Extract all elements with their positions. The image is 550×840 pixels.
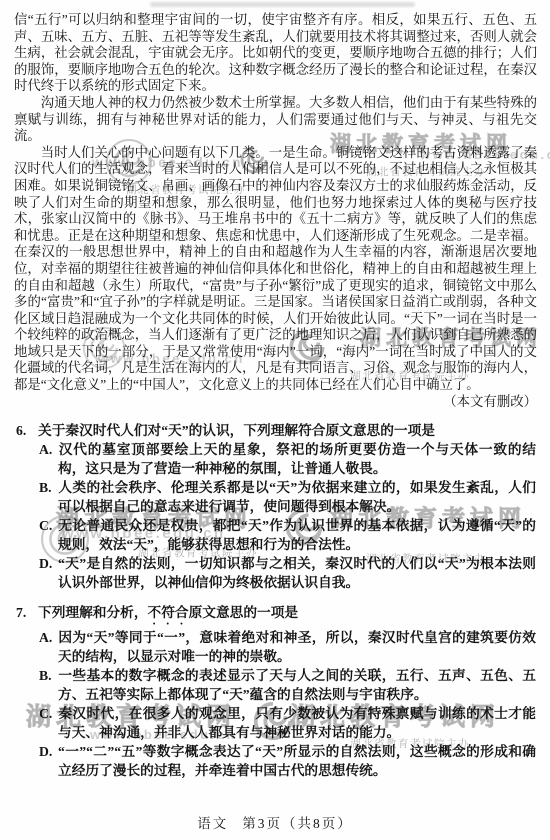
option-label: A. (39, 628, 58, 647)
option-text: 一些基本的数字概念的表述显示了天与人之间的关联，五行、五声、五色、五方、五祀等实… (58, 668, 536, 702)
question-7-option-a: A.因为“天”等同于“一”，意味着绝对和神圣，所以，秦汉时代皇宫的建筑要仿效天的… (39, 628, 536, 666)
question-7-option-d: D.“一”“二”“五”等数字概念表达了“天”所显示的自然法则，这些概念的形成和确… (39, 742, 536, 780)
question-7-stem-prefix: 下列理解和分析， (38, 605, 148, 620)
option-text: “天”是自然的法则，一切知识都与之相关，秦汉时代的人们以“天”为根本法则认识外部… (58, 556, 536, 590)
question-6: 6.关于秦汉时代人们对“天”的认识，下列理解符合原文意思的一项是 A.汉代的墓室… (16, 421, 536, 592)
option-label: C. (39, 516, 58, 535)
option-text: “一”“二”“五”等数字概念表达了“天”所显示的自然法则，这些概念的形成和确立经… (58, 744, 536, 778)
exam-page: 湖北教育考试网 www.hbee.edu.cn www.hbee.edu.cn … (0, 0, 550, 840)
option-label: C. (39, 704, 58, 723)
option-text: 秦汉时代，在很多人的观念里，只有少数被认为有特殊禀赋与训练的术士才能与天、神沟通… (58, 706, 536, 740)
question-7-number: 7. (16, 603, 38, 622)
question-7-option-b: B.一些基本的数字概念的表述显示了天与人之间的关联，五行、五声、五色、五方、五祀… (39, 666, 536, 704)
option-label: B. (39, 666, 58, 685)
question-7-stem-emphasis: 不符合 (148, 605, 189, 620)
question-6-option-a: A.汉代的墓室顶部要绘上天的星象，祭祀的场所更要仿造一个与天体一致的结构，这只是… (39, 440, 536, 478)
question-7-option-c: C.秦汉时代，在很多人的观念里，只有少数被认为有特殊禀赋与训练的术士才能与天、神… (39, 704, 536, 742)
question-6-option-d: D.“天”是自然的法则，一切知识都与之相关，秦汉时代的人们以“天”为根本法则认识… (39, 554, 536, 592)
option-text: 无论普通民众还是权贵，都把“天”作为认识世界的基本依据，认为遵循“天”的规则，效… (58, 518, 536, 552)
question-6-option-c: C.无论普通民众还是权贵，都把“天”作为认识世界的基本依据，认为遵循“天”的规则… (39, 516, 536, 554)
question-7: 7.下列理解和分析，不符合原文意思的一项是 A.因为“天”等同于“一”，意味着绝… (16, 603, 536, 780)
passage-paragraph-2: 沟通天地人神的权力仍然被少数术士所掌握。大多数人相信，他们由于有某些特殊的禀赋与… (14, 95, 537, 145)
option-text: 汉代的墓室顶部要绘上天的星象，祭祀的场所更要仿造一个与天体一致的结构，这只是为了… (58, 442, 536, 476)
question-6-stem: 6.关于秦汉时代人们对“天”的认识，下列理解符合原文意思的一项是 (16, 421, 536, 440)
option-label: A. (39, 440, 58, 459)
question-6-stem-text: 关于秦汉时代人们对“天”的认识，下列理解符合原文意思的一项是 (38, 423, 435, 438)
question-7-stem-suffix: 原文意思的一项是 (189, 605, 299, 620)
option-label: D. (39, 554, 58, 573)
option-text: 因为“天”等同于“一”，意味着绝对和神圣，所以，秦汉时代皇宫的建筑要仿效天的结构… (58, 630, 536, 664)
question-7-stem: 7.下列理解和分析，不符合原文意思的一项是 (16, 603, 536, 628)
option-label: B. (39, 478, 58, 497)
option-label: D. (39, 742, 58, 761)
page-footer: 语文第3页（共8页） (0, 812, 550, 832)
footer-page-number: 第3页（共8页） (242, 816, 353, 831)
question-6-option-b: B.人类的社会秩序、伦理关系都是以“天”为依据来建立的，如果发生紊乱，人们可以根… (39, 478, 536, 516)
page-content: 信“五行”可以归纳和整理宇宙间的一切，使宇宙整齐有序。相反，如果五行、五色、五声… (0, 0, 550, 780)
passage-paragraph-1: 信“五行”可以归纳和整理宇宙间的一切，使宇宙整齐有序。相反，如果五行、五色、五声… (14, 12, 537, 95)
passage-paragraph-3: 当时人们关心的中心问题有以下几类。一是生命。铜镜铭文这样的考古资料透露了秦汉时代… (14, 145, 537, 394)
footer-subject: 语文 (197, 816, 228, 831)
question-6-number: 6. (16, 421, 38, 440)
option-text: 人类的社会秩序、伦理关系都是以“天”为依据来建立的，如果发生紊乱，人们可以根据自… (58, 480, 536, 514)
passage-attribution: （本文有删改） (14, 394, 537, 411)
